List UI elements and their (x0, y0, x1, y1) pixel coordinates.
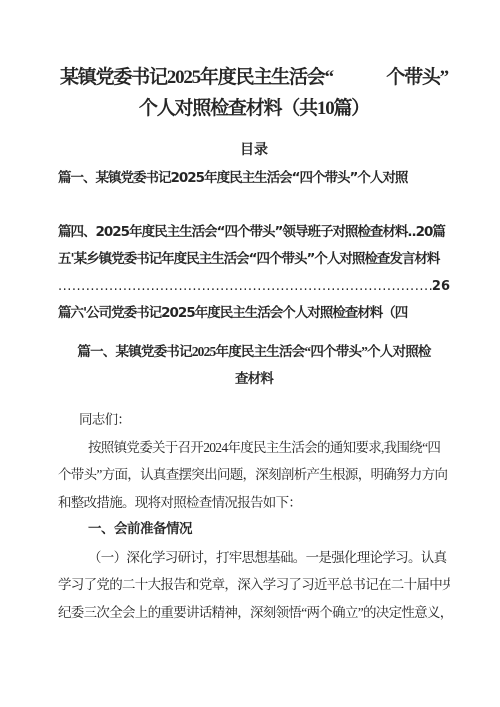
toc-entry-5: 五'某乡镇党委书记年度民主生活会“四个带头”个人对照检查发言材料 (58, 246, 450, 273)
section-heading-line-2: 查材料 (58, 365, 450, 392)
section-heading-line-1: 篇一、某镇党委书记2025年度民主生活会“四个带头”个人对照检 (58, 338, 450, 365)
paragraph-2-line-3: 纪委三次全会上的重要讲话精神，深刻领悟“两个确立”的决定性意义， (58, 599, 450, 627)
toc-entry-6: 篇六'公司党委书记2025年度民主生活会个人对照检查材料（四 (58, 300, 450, 327)
leader-page-number: 26 (432, 273, 450, 300)
paragraph-1-line-1: 按照镇党委关于召开2024年度民主生活会的通知要求,我围绕“四 (58, 434, 450, 462)
paragraph-1-line-2: 个带头”方面，认真查摆突出问题，深刻剖析产生根源，明确努力方向 (58, 461, 450, 489)
toc-heading: 目录 (58, 141, 450, 159)
paragraph-2-line-1: （一）深化学习研讨，打牢思想基础。一是强化理论学习。认真 (58, 544, 450, 572)
body-subheading-1: 一、会前准备情况 (58, 516, 450, 544)
table-of-contents: 篇一、某镇党委书记2025年度民主生活会“四个带头”个人对照 篇四、2025年度… (58, 165, 450, 327)
toc-blank-line (58, 192, 450, 219)
title-line-2: 个人对照检查材料（共10篇） (58, 93, 450, 124)
salutation: 同志们： (58, 406, 450, 434)
leader-dots: ........................................… (58, 273, 432, 300)
section-heading: 篇一、某镇党委书记2025年度民主生活会“四个带头”个人对照检 查材料 (58, 338, 450, 392)
document-body: 同志们： 按照镇党委关于召开2024年度民主生活会的通知要求,我围绕“四 个带头… (58, 406, 450, 626)
document-page: 某镇党委书记2025年度民主生活会“ 个带头” 个人对照检查材料（共10篇） 目… (0, 0, 500, 707)
document-title: 某镇党委书记2025年度民主生活会“ 个带头” 个人对照检查材料（共10篇） (58, 62, 450, 124)
toc-dotted-leader: ........................................… (58, 273, 450, 300)
title-line-1: 某镇党委书记2025年度民主生活会“ 个带头” (58, 62, 450, 93)
toc-entry-4: 篇四、2025年度民主生活会“四个带头”领导班子对照检查材料..20篇 (58, 219, 450, 246)
toc-entry-1: 篇一、某镇党委书记2025年度民主生活会“四个带头”个人对照 (58, 165, 450, 192)
paragraph-2-line-2: 学习了党的二十大报告和党章，深入学习了习近平总书记在二十届中央 (58, 571, 450, 599)
paragraph-1-line-3: 和整改措施。现将对照检查情况报告如下： (58, 489, 450, 517)
